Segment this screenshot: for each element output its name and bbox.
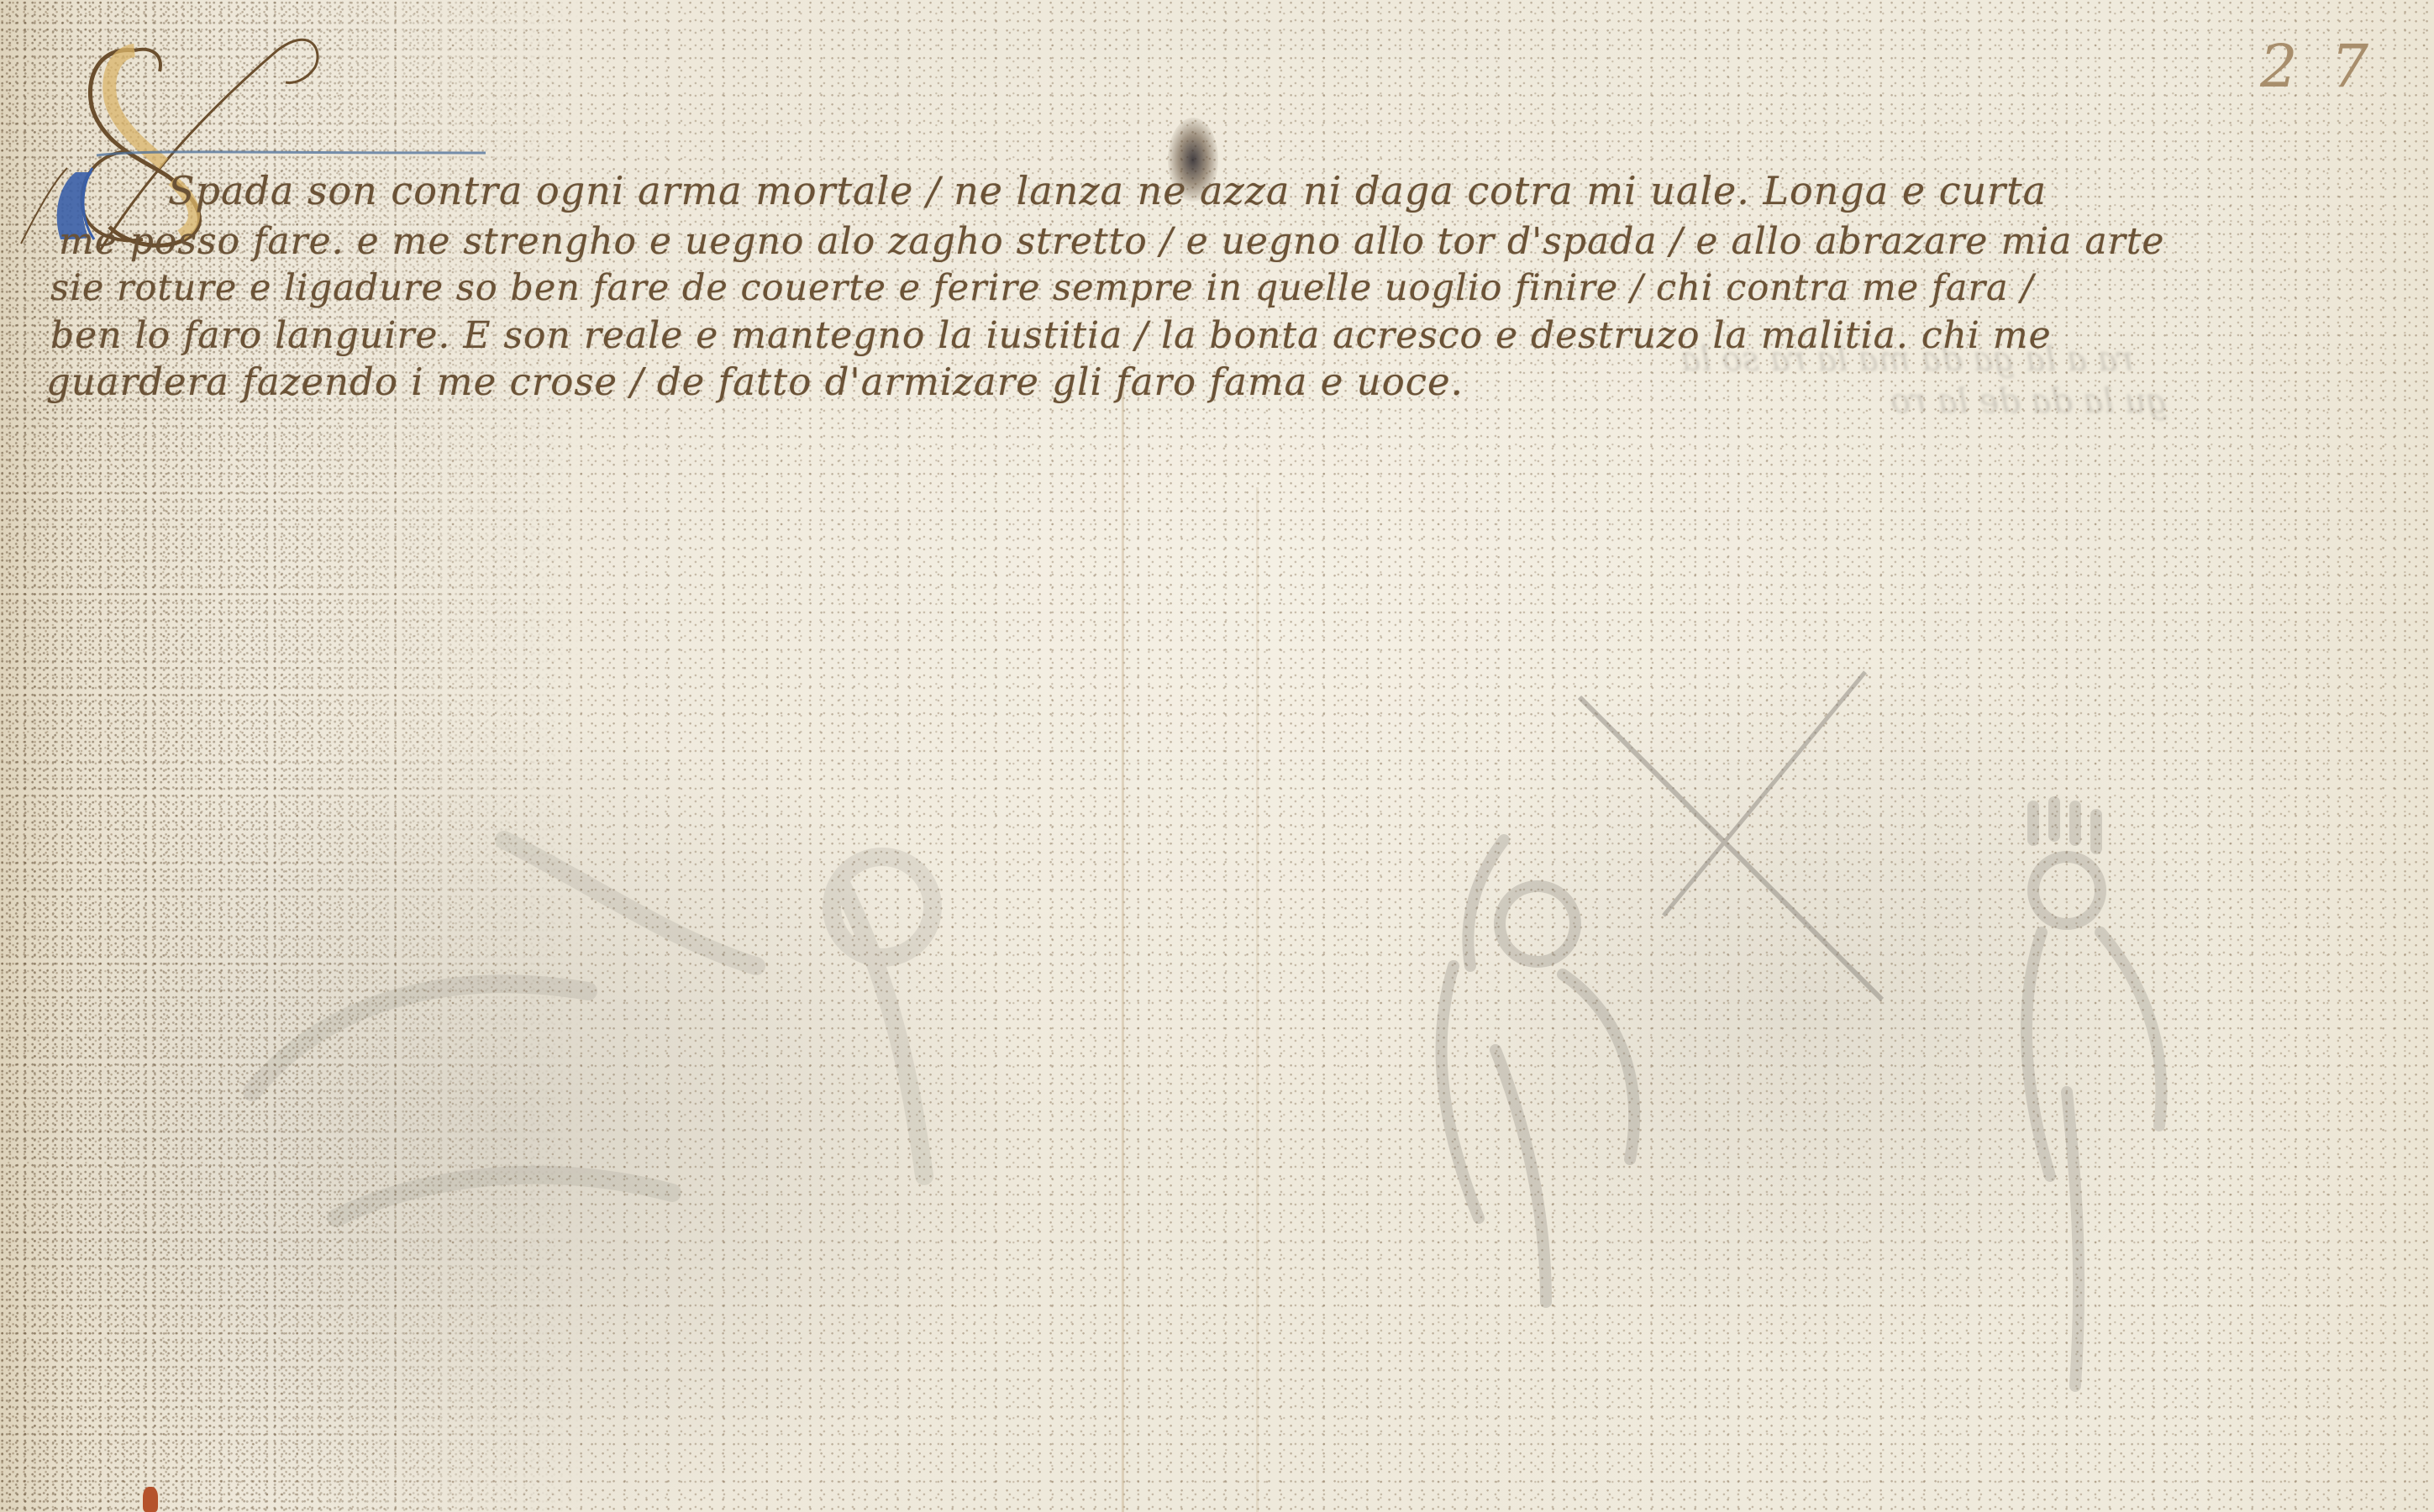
manuscript-page: 27 ra a la ga da ma la ra so la gu la da…	[0, 0, 2434, 1512]
combat-illustration	[0, 0, 2434, 1512]
left-faint-figures	[252, 840, 933, 1218]
left-figure	[1442, 840, 1635, 1302]
right-figure	[2027, 802, 2162, 1386]
crossed-swords-icon	[1580, 672, 1882, 1000]
red-ink-mark	[143, 1487, 158, 1512]
